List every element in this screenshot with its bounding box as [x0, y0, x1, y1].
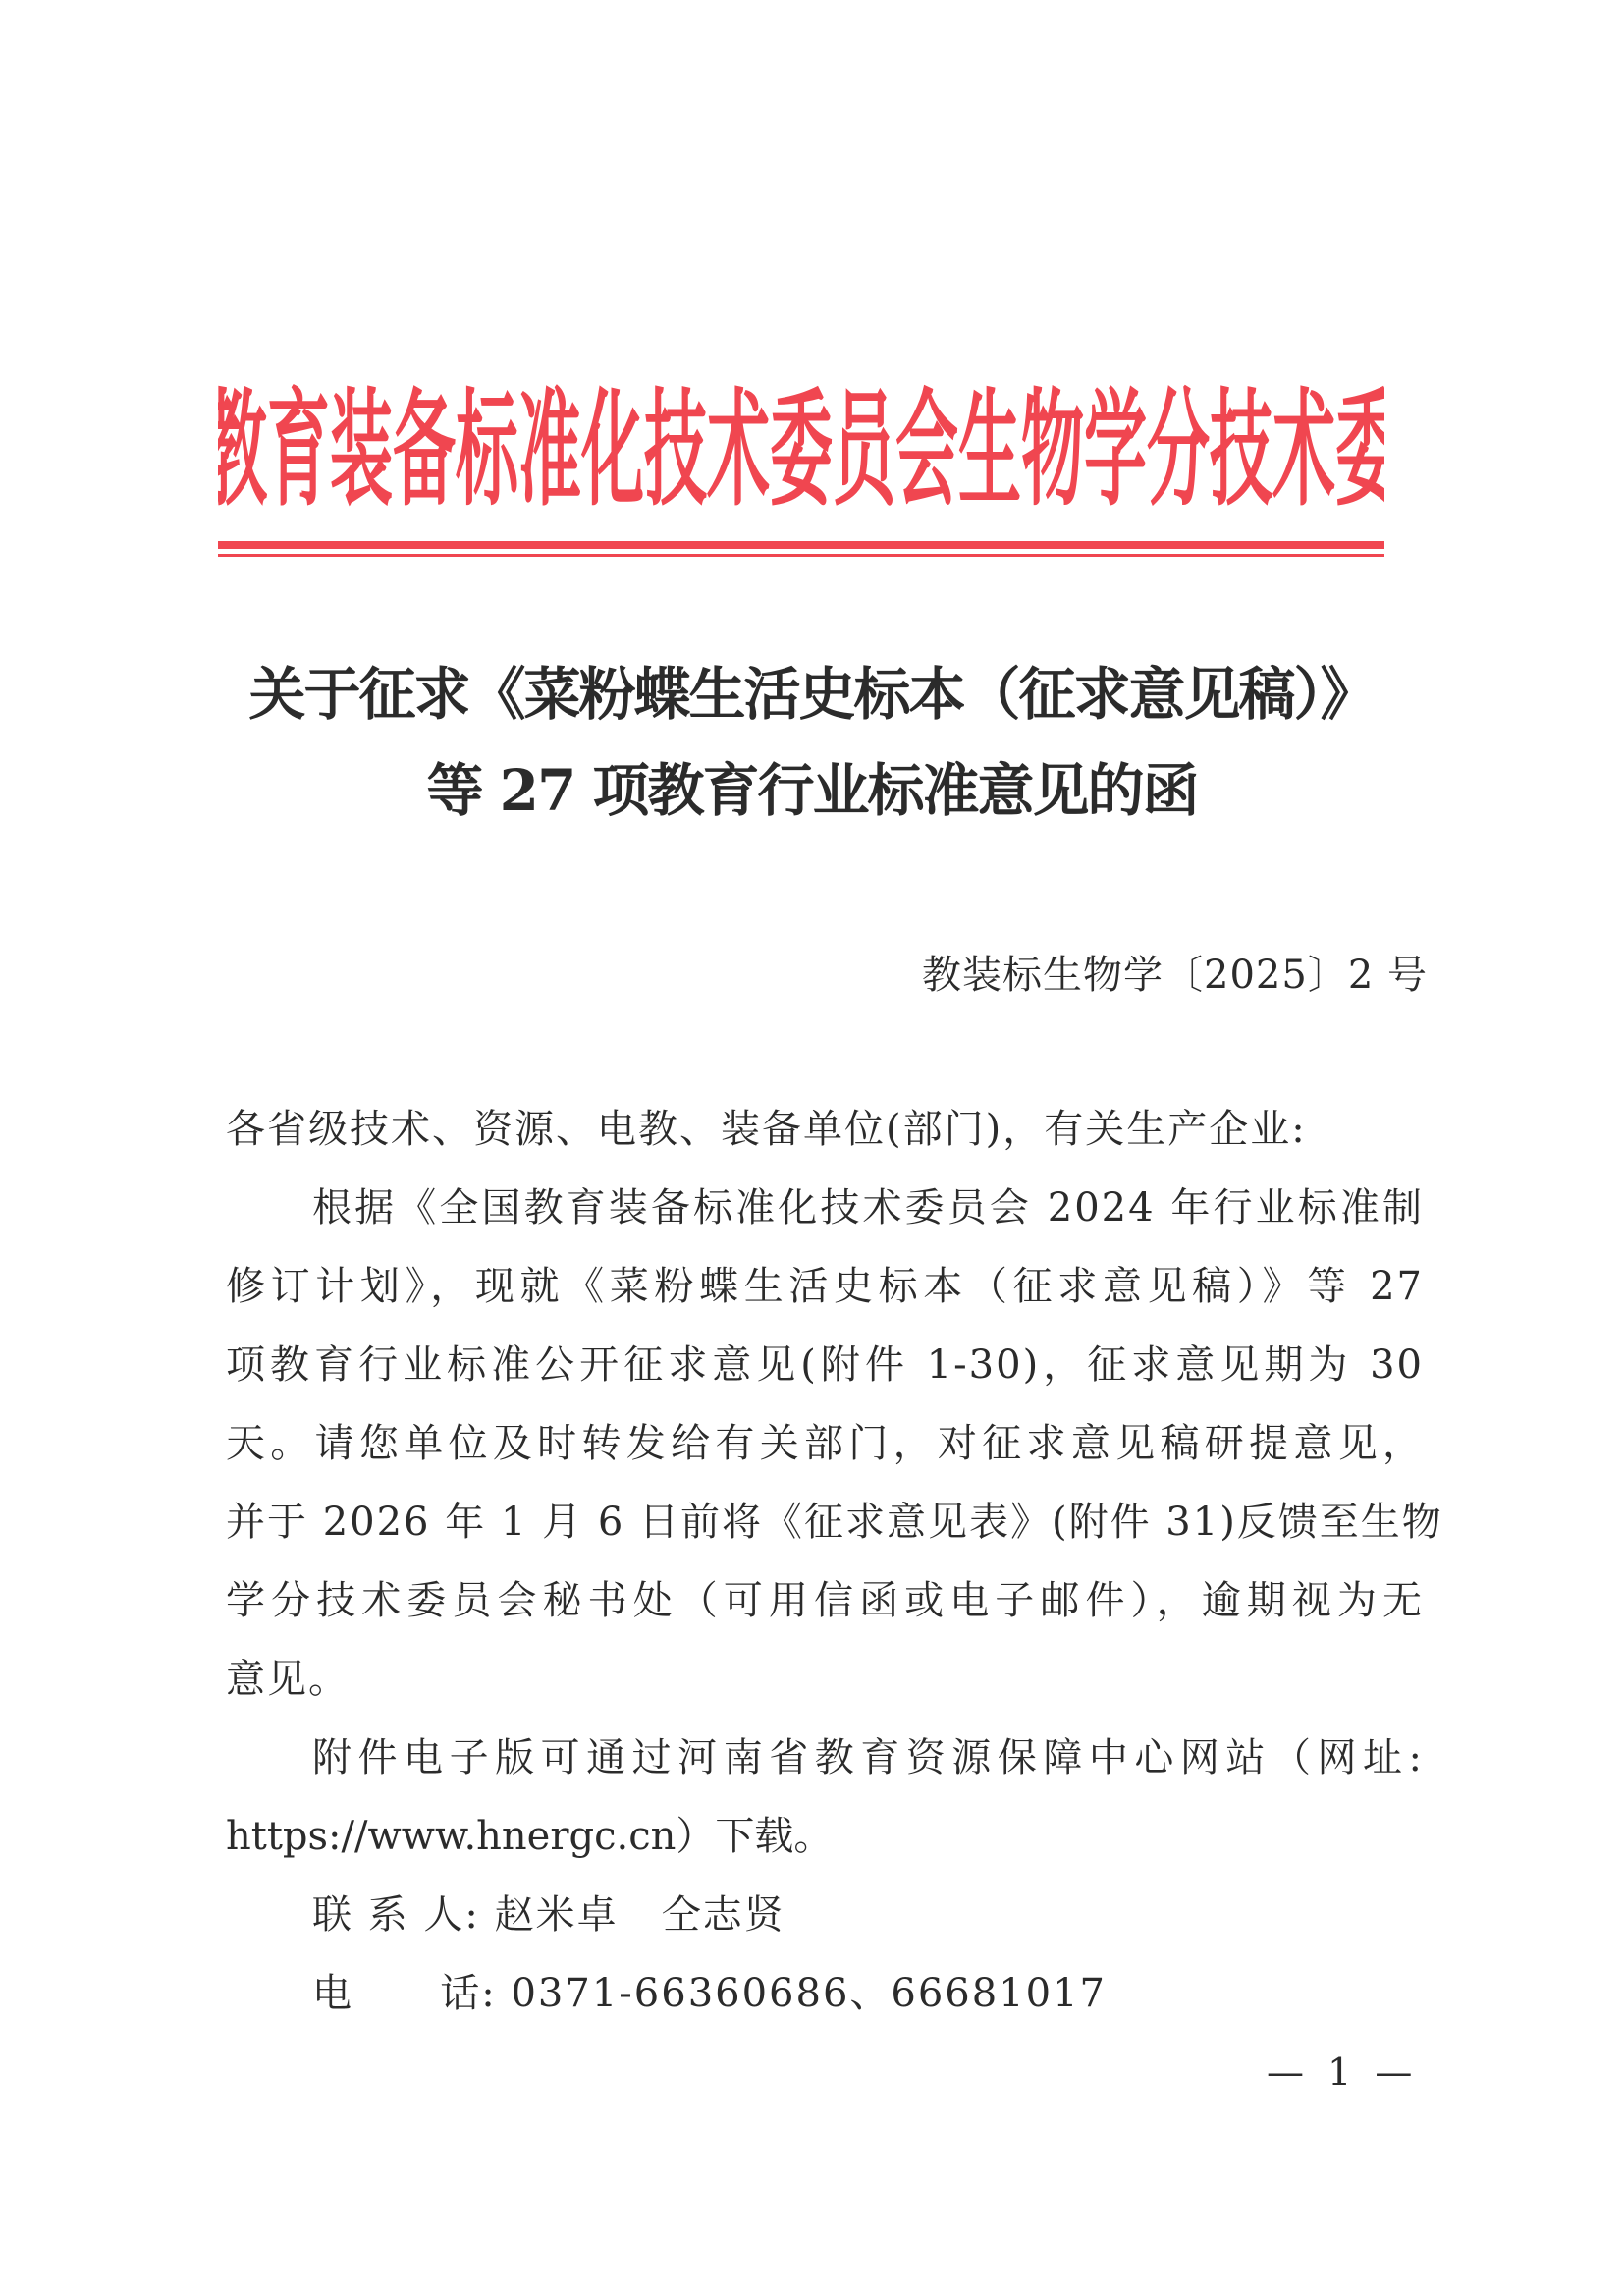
page-number: — 1 —: [1267, 2048, 1418, 2097]
phone-label: 电 话:: [312, 1971, 497, 2016]
paragraph2-line: 附件电子版可通过河南省教育资源保障中心网站（网址:: [312, 1733, 1424, 1782]
document-title-line-1: 关于征求《菜粉蝶生活史标本（征求意见稿）》: [218, 660, 1406, 729]
document-page: 全国教育装备标准化技术委员会生物学分技术委员会 关于征求《菜粉蝶生活史标本（征求…: [0, 0, 1624, 2296]
masthead-organization-name: 全国教育装备标准化技术委员会生物学分技术委员会: [218, 371, 1384, 509]
paragraph1-line: 修订计划》，现就《菜粉蝶生活史标本（征求意见稿）》等 27: [226, 1262, 1424, 1311]
masthead-rule-thick: [218, 541, 1384, 549]
contact-person: 联 系 人: 赵米卓 仝志贤: [312, 1890, 1424, 1940]
paragraph1-line: 根据《全国教育装备标准化技术委员会 2024 年行业标准制: [312, 1183, 1424, 1232]
masthead: 全国教育装备标准化技术委员会生物学分技术委员会: [218, 371, 1384, 509]
phone-numbers: 0371-66360686、66681017: [511, 1971, 1107, 2016]
paragraph1-line: 意见。: [226, 1655, 1424, 1704]
paragraph1-line: 学分技术委员会秘书处（可用信函或电子邮件），逾期视为无: [226, 1576, 1424, 1625]
document-title-line-2: 等 27 项教育行业标准意见的函: [218, 756, 1406, 825]
contact-label: 联 系 人:: [312, 1892, 480, 1938]
salutation: 各省级技术、资源、电教、装备单位(部门)，有关生产企业:: [226, 1105, 1424, 1154]
paragraph1-line: 并于 2026 年 1 月 6 日前将《征求意见表》(附件 31)反馈至生物: [226, 1498, 1424, 1547]
download-url-line: https://www.hnergc.cn）下载。: [226, 1812, 1424, 1861]
paragraph1-line: 天。请您单位及时转发给有关部门，对征求意见稿研提意见，: [226, 1419, 1424, 1468]
paragraph1-line: 项教育行业标准公开征求意见(附件 1-30)，征求意见期为 30: [226, 1340, 1424, 1390]
document-number: 教装标生物学〔2025〕2 号: [922, 951, 1428, 1000]
masthead-rule-thin: [218, 554, 1384, 557]
contact-names: 赵米卓 仝志贤: [495, 1892, 785, 1938]
contact-phone: 电 话: 0371-66360686、66681017: [312, 1969, 1424, 2018]
